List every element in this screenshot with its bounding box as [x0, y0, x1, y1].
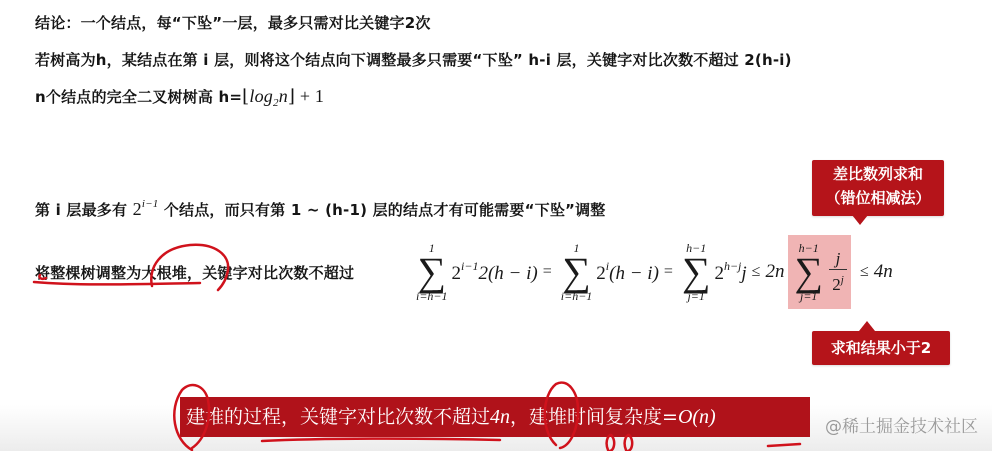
conclusion-line: 结论：一个结点，每“下坠”一层，最多只需对比关键字2次: [35, 12, 431, 33]
conclusion-banner: 建堆的过程，关键字对比次数不超过4n，建堆时间复杂度=O(n): [180, 397, 810, 437]
line-prefix: 第 i 层最多有: [35, 201, 133, 219]
term-3: 2h−jj: [714, 259, 746, 285]
tree-height-line: 若树高为h，某结点在第 i 层，则将这个结点向下调整最多只需要“下坠” h-i …: [35, 49, 792, 70]
coefficient: 2n: [765, 261, 784, 283]
line-prefix: n个结点的完全二叉树树高 h=: [35, 88, 242, 106]
callout-sum-less-than-2: 求和结果小于2: [812, 331, 950, 365]
height-formula: ⌊log2n⌋ + 1: [242, 86, 324, 106]
nodes-formula: 2i−1: [133, 199, 159, 219]
term-2: 2i(h − i): [596, 259, 659, 285]
result-4n: 4n: [874, 261, 893, 283]
fraction: j 2j: [829, 249, 847, 295]
callout-series-sum: 差比数列求和 （错位相减法）: [812, 160, 944, 216]
sum-1: 1 ∑ i=h−1: [416, 242, 448, 302]
less-equal-sign: ≤: [752, 263, 761, 281]
comparison-equation: 1 ∑ i=h−1 2i−12(h − i) = 1 ∑ i=h−1 2i(h …: [412, 232, 893, 312]
max-heap-line: 将整棵树调整为大根堆，关键字对比次数不超过: [35, 262, 354, 283]
line-suffix: 个结点，而只有第 1 ~ (h-1) 层的结点才有可能需要“下坠”调整: [158, 201, 605, 219]
watermark: @稀土掘金技术社区: [825, 412, 978, 437]
term-1: 2i−12(h − i): [452, 259, 538, 285]
complete-tree-height-line: n个结点的完全二叉树树高 h=⌊log2n⌋ + 1: [35, 86, 324, 109]
equals-sign: =: [543, 263, 552, 281]
sum-3: h−1 ∑ j=1: [682, 242, 711, 302]
sum-2: 1 ∑ i=h−1: [561, 242, 593, 302]
level-nodes-line: 第 i 层最多有 2i−1 个结点，而只有第 1 ~ (h-1) 层的结点才有可…: [35, 198, 606, 220]
less-equal-sign: ≤: [860, 263, 869, 281]
highlighted-sum: h−1 ∑ j=1 j 2j: [788, 235, 851, 309]
equals-sign: =: [664, 263, 673, 281]
